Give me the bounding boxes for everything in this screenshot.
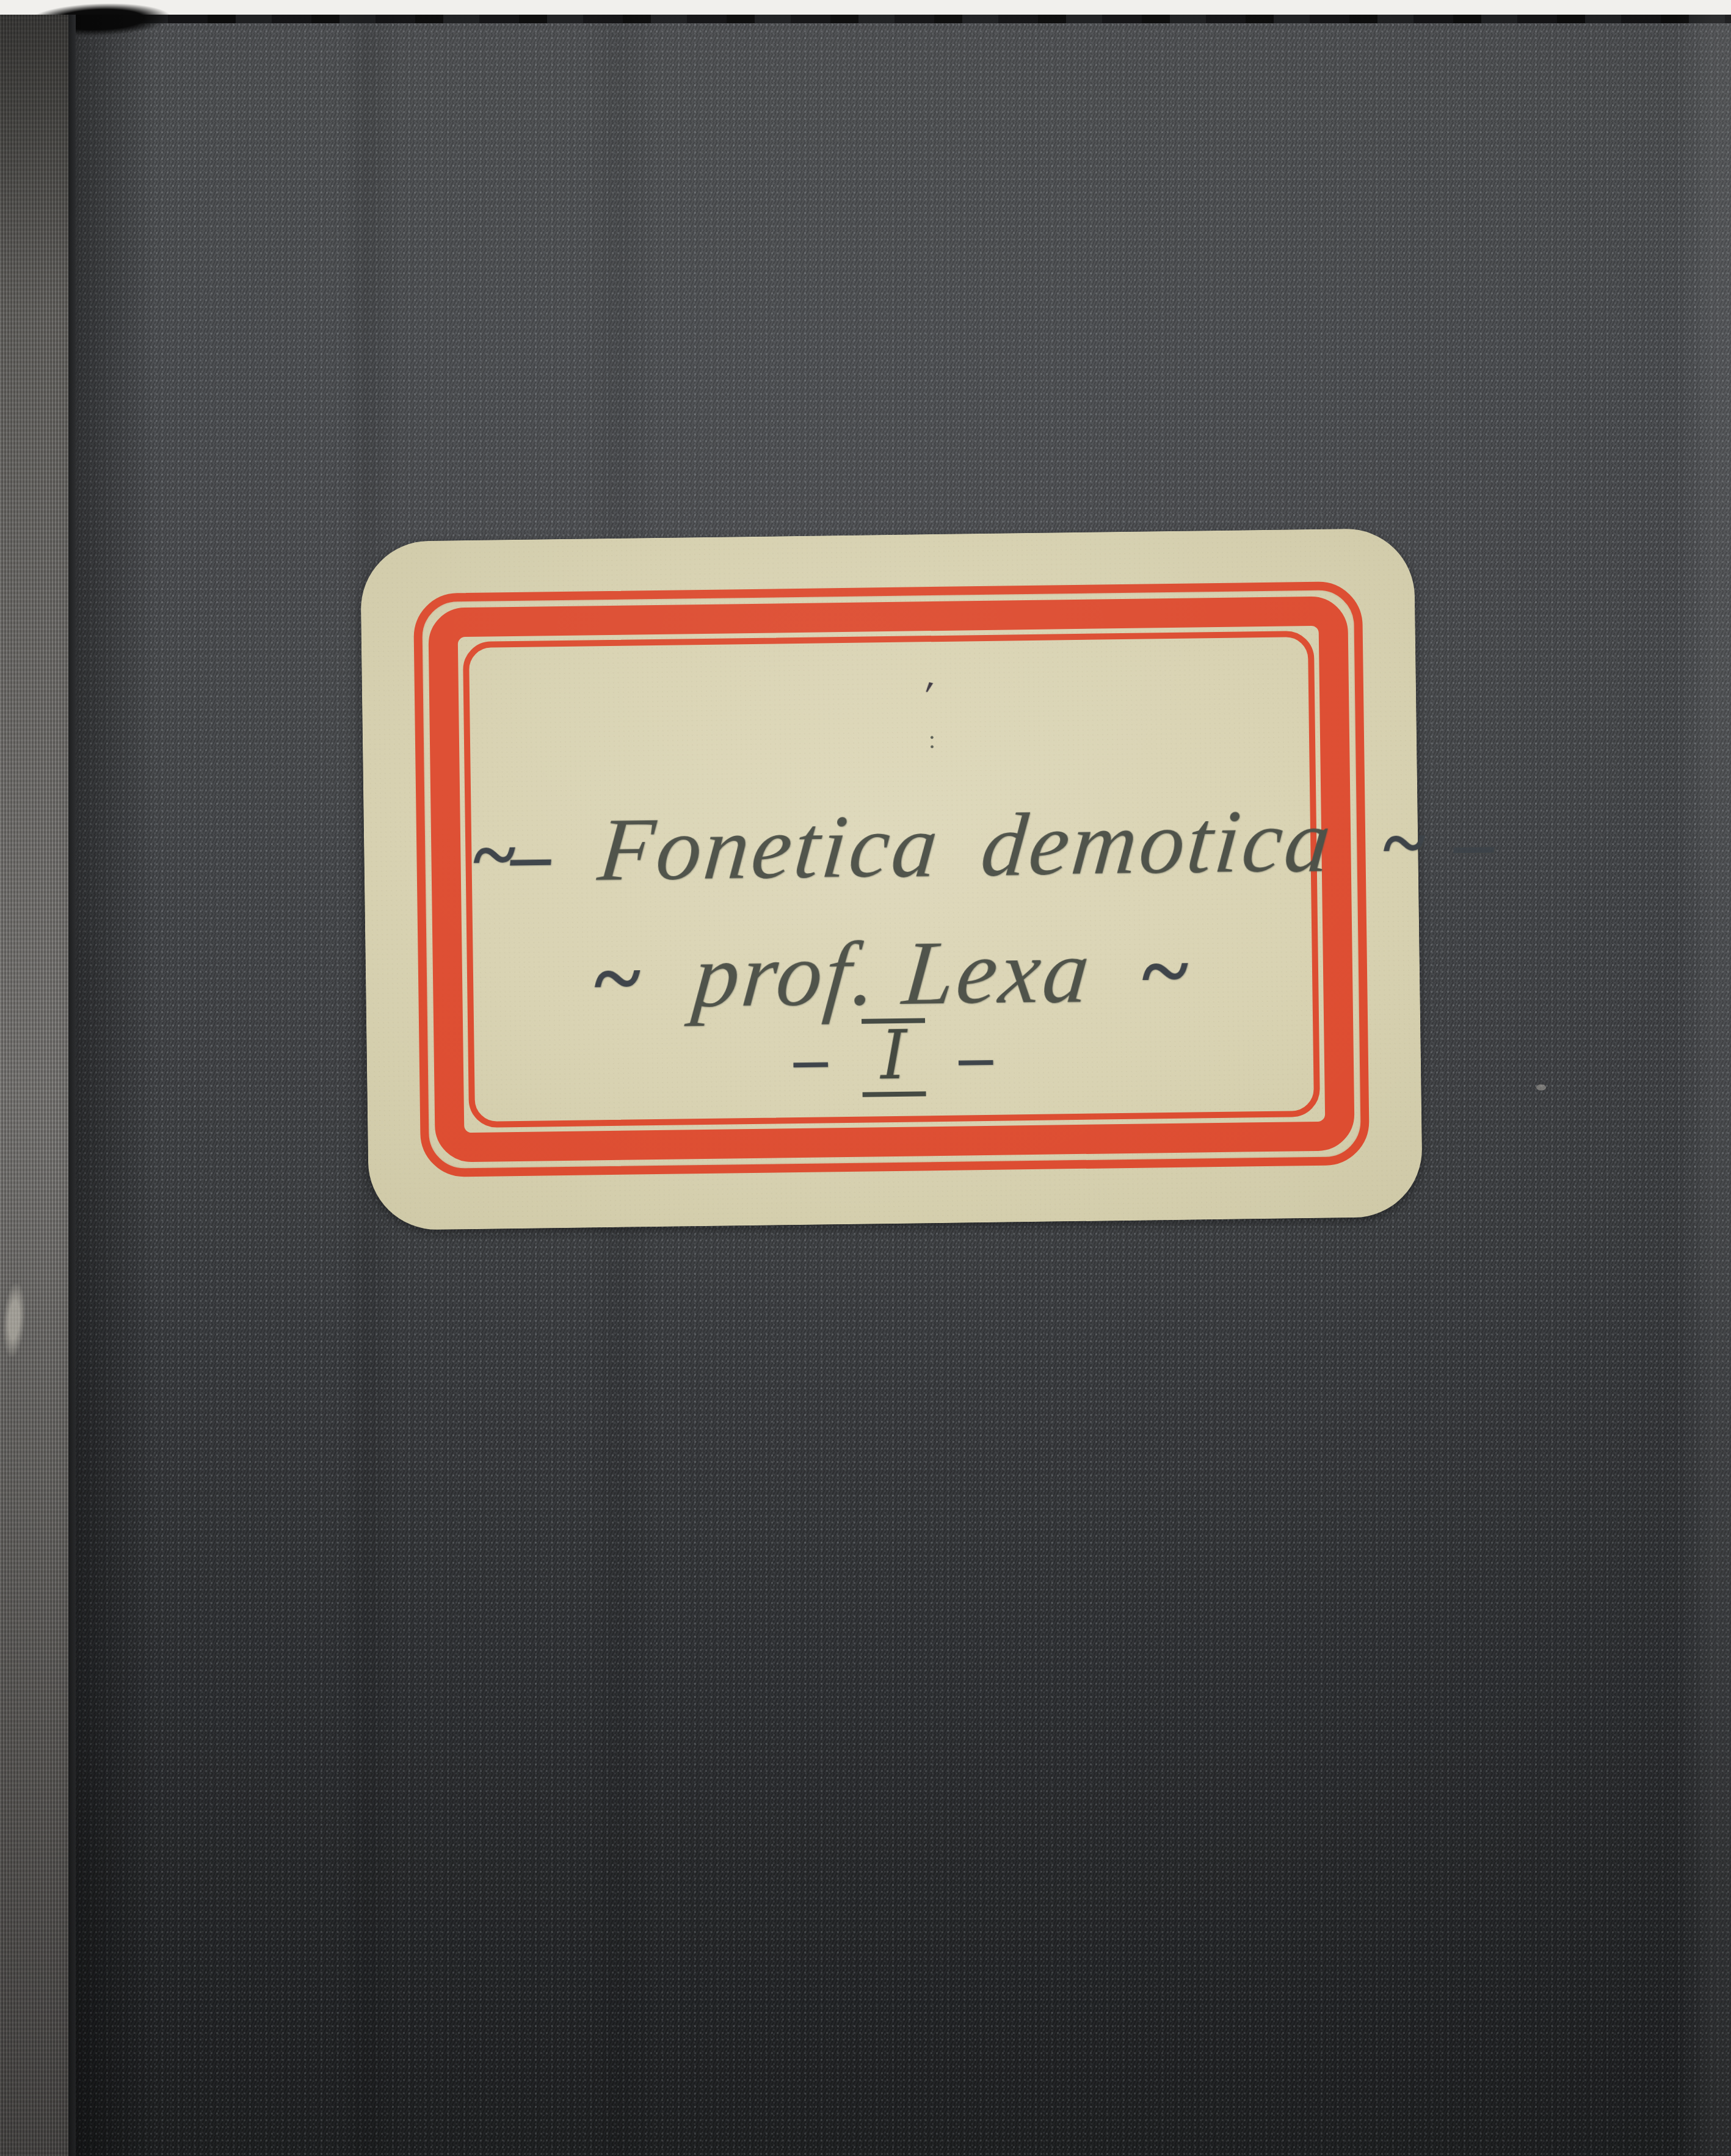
photo-of-notebook-cover: ′ ·· ~–Fonetica demotica~ – ~prof. Lexa~… (0, 0, 1731, 2156)
photo-vignette (0, 15, 1731, 2156)
notebook-cover: ′ ·· ~–Fonetica demotica~ – ~prof. Lexa~… (0, 15, 1731, 2156)
